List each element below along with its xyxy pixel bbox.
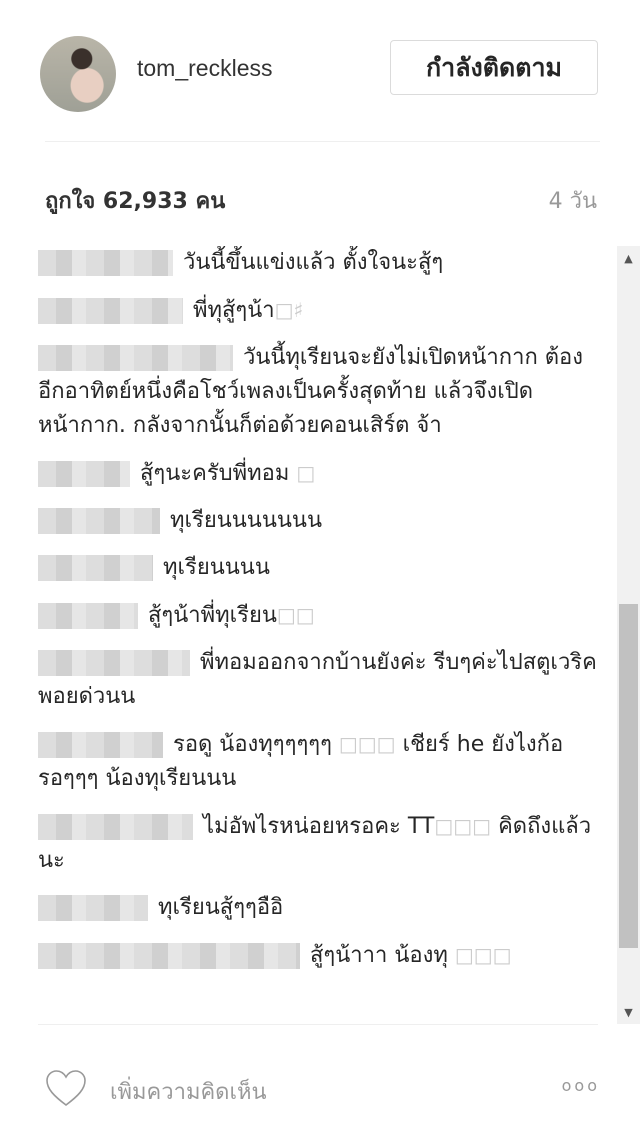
comment-item: ทุเรียนสู้ๆๆอือิ <box>38 891 598 925</box>
blurred-username[interactable] <box>38 508 160 534</box>
blurred-username[interactable] <box>38 298 183 324</box>
comment-item: พี่ทุสู้ๆน้า□♯ <box>38 293 598 328</box>
add-comment-input[interactable]: เพิ่มความคิดเห็น <box>110 1074 267 1109</box>
blurred-username[interactable] <box>38 814 193 840</box>
divider <box>45 141 600 142</box>
emoji-glyph: □♯ <box>275 298 304 322</box>
blurred-username[interactable] <box>38 555 153 581</box>
emoji-glyph: □□□ <box>455 943 512 967</box>
avatar[interactable] <box>40 36 116 112</box>
blurred-username[interactable] <box>38 732 163 758</box>
comment-item: ทุเรียนนนน <box>38 551 598 585</box>
more-options-icon[interactable]: ooo <box>562 1076 600 1095</box>
emoji-glyph: □□ <box>277 603 315 627</box>
comment-text: รอดู น้องทุๆๆๆๆๆ <box>173 732 332 757</box>
divider <box>38 1024 598 1025</box>
comment-text: สู้ๆนะครับพี่ทอม <box>140 461 289 486</box>
following-button[interactable]: กำลังติดตาม <box>390 40 598 95</box>
emoji-glyph: □□□ <box>339 732 396 756</box>
comment-text: วันนี้ขึ้นแข่งแล้ว ตั้งใจนะสู้ๆ <box>183 250 443 275</box>
heart-icon[interactable] <box>44 1068 88 1108</box>
post-age[interactable]: 4 วัน <box>549 183 597 218</box>
post-header: tom_reckless กำลังติดตาม <box>0 0 640 142</box>
comment-item: วันนี้ทุเรียนจะยังไม่เปิดหน้ากาก ต้องอีก… <box>38 341 598 443</box>
emoji-glyph: □□□ <box>434 814 491 838</box>
comment-item: ไม่อัพไรหน่อยหรอคะ TT□□□ คิดถึงแล้วนะ <box>38 809 598 878</box>
scroll-down-arrow-icon[interactable]: ▼ <box>617 1000 640 1024</box>
comment-item: ทุเรียนนนนนนน <box>38 504 598 538</box>
comment-text: สู้ๆน้าพี่ทุเรียน <box>148 603 277 628</box>
comment-text: พี่ทุสู้ๆน้า <box>193 298 275 323</box>
blurred-username[interactable] <box>38 250 173 276</box>
comment-text: สู้ๆน้าาา น้องทุ <box>310 943 448 968</box>
scroll-up-arrow-icon[interactable]: ▲ <box>617 246 640 270</box>
blurred-username[interactable] <box>38 345 233 371</box>
scrollbar-thumb[interactable] <box>619 604 638 948</box>
comments-scrollbar[interactable]: ▲ ▼ <box>617 246 640 1024</box>
blurred-username[interactable] <box>38 603 138 629</box>
blurred-username[interactable] <box>38 943 300 969</box>
comment-item: สู้ๆน้าพี่ทุเรียน□□ <box>38 598 598 633</box>
comment-item: รอดู น้องทุๆๆๆๆๆ □□□ เชียร์ he ยังไงก้อร… <box>38 727 598 796</box>
blurred-username[interactable] <box>38 895 148 921</box>
comment-text: ทุเรียนนนนนนน <box>170 508 322 533</box>
username-link[interactable]: tom_reckless <box>137 55 272 82</box>
emoji-glyph: □ <box>296 461 315 485</box>
comment-item: สู้ๆนะครับพี่ทอม □ <box>38 456 598 491</box>
comment-item: วันนี้ขึ้นแข่งแล้ว ตั้งใจนะสู้ๆ <box>38 246 598 280</box>
post-footer: เพิ่มความคิดเห็น ooo <box>0 1060 640 1120</box>
comment-text: ไม่อัพไรหน่อยหรอคะ TT <box>203 814 434 839</box>
comment-list: วันนี้ขึ้นแข่งแล้ว ตั้งใจนะสู้ๆ พี่ทุสู้… <box>38 246 598 1024</box>
likes-count[interactable]: ถูกใจ 62,933 คน <box>45 183 225 218</box>
blurred-username[interactable] <box>38 650 190 676</box>
comment-item: สู้ๆน้าาา น้องทุ □□□ <box>38 938 598 973</box>
blurred-username[interactable] <box>38 461 130 487</box>
comment-text: ทุเรียนนนน <box>163 555 270 580</box>
comment-text: ทุเรียนสู้ๆๆอือิ <box>158 895 283 920</box>
comment-item: พี่ทอมออกจากบ้านยังค่ะ รีบๆค่ะไปสตูเวริค… <box>38 646 598 714</box>
